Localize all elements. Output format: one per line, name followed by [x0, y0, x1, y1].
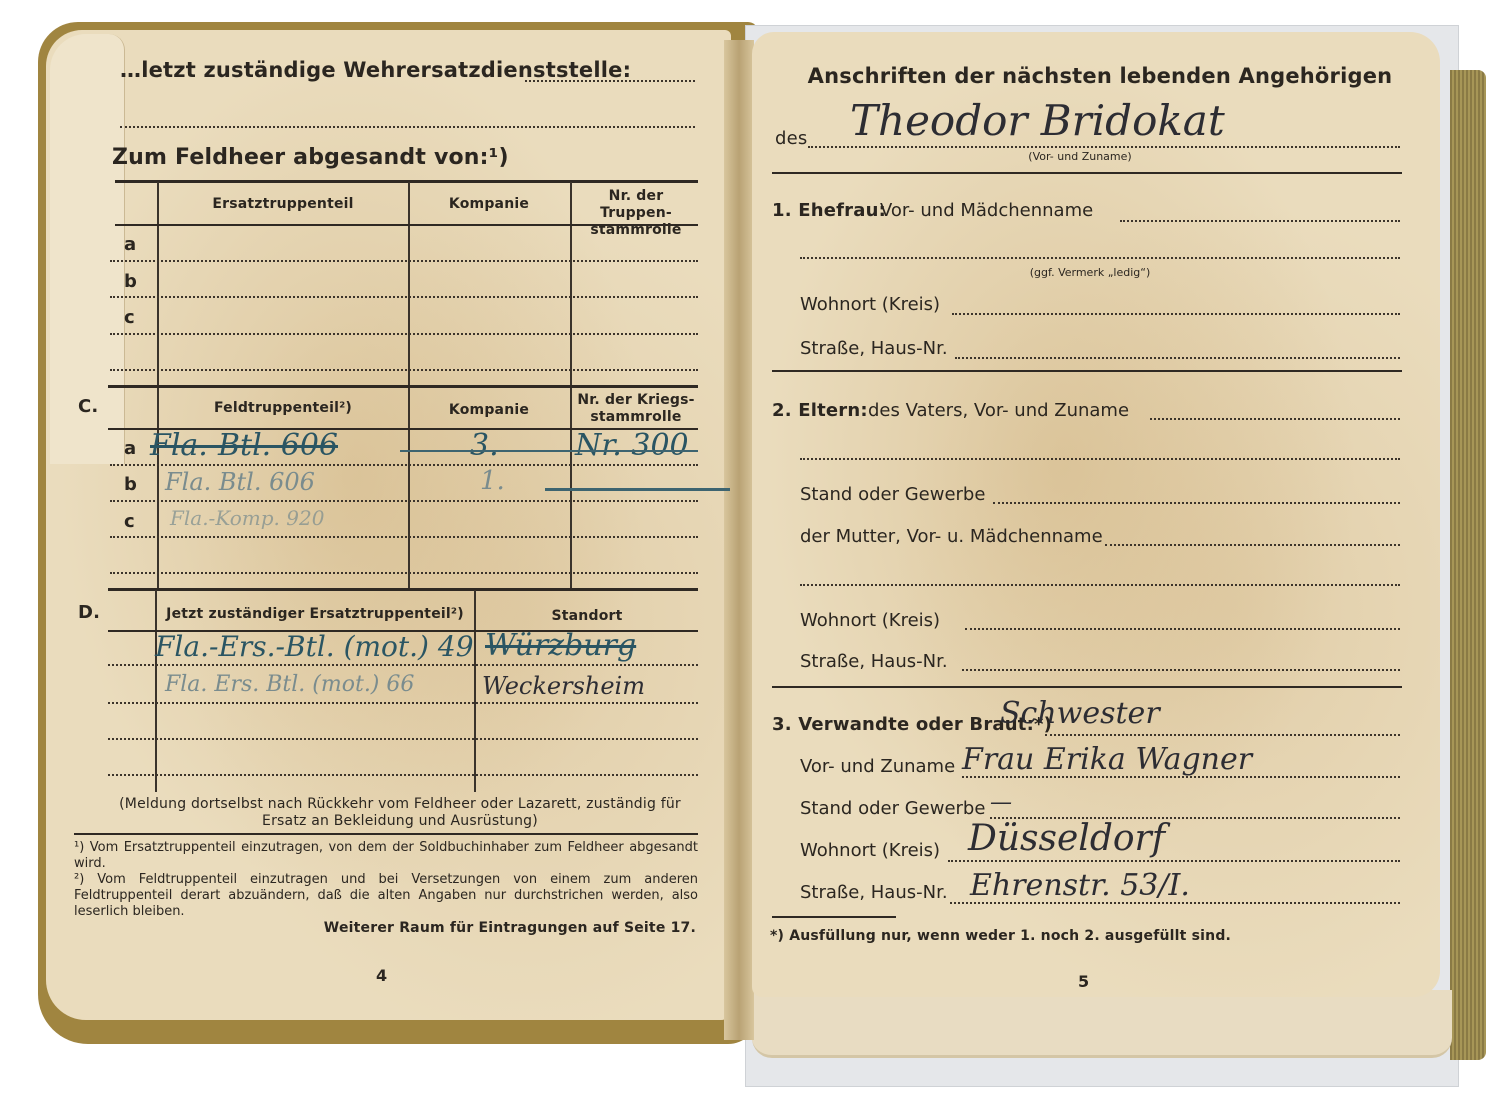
entry-c-a-stammrolle: Nr. 300	[575, 428, 689, 463]
entry-c-b-kompanie: 1.	[480, 466, 505, 496]
table-top-rule	[115, 180, 698, 183]
meldung-note: (Meldung dortselbst nach Rückkehr vom Fe…	[100, 796, 700, 830]
dotted-line	[120, 126, 695, 128]
row-line	[108, 774, 698, 776]
eltern-strasse-field[interactable]	[962, 669, 1400, 671]
verwandte-footnote: *) Ausfüllung nur, wenn weder 1. noch 2.…	[770, 928, 1231, 944]
eltern-strasse-label: Straße, Haus-Nr.	[800, 651, 948, 672]
mutter-label: der Mutter, Vor- u. Mädchenname	[800, 526, 1103, 547]
section-rule	[108, 588, 698, 591]
verwandte-name-field[interactable]	[962, 776, 1400, 778]
col-header-kriegsstammrolle: Nr. der Kriegs-stammrolle	[574, 392, 698, 426]
section-rule	[772, 686, 1402, 688]
ehefrau-wohnort-label: Wohnort (Kreis)	[800, 294, 940, 315]
row-label-c: c	[124, 511, 135, 532]
strikethrough-line	[400, 450, 698, 452]
verwandte-name-label: Vor- und Zuname	[800, 756, 955, 777]
row-line	[110, 369, 698, 371]
vater-stand-field[interactable]	[993, 502, 1400, 504]
section-b-title: Zum Feldheer abgesandt von:¹)	[112, 145, 509, 170]
row-label-a: a	[124, 438, 136, 459]
footnote-1: ¹) Vom Ersatztruppenteil einzutragen, vo…	[74, 840, 698, 872]
vater-label: des Vaters, Vor- und Zuname	[868, 400, 1129, 421]
entry-d-1-unit: Fla.-Ers.-Btl. (mot.) 49	[155, 630, 474, 663]
row-label-a: a	[124, 234, 136, 255]
eltern-wohnort-label: Wohnort (Kreis)	[800, 610, 940, 631]
verwandte-strasse-label: Straße, Haus-Nr.	[800, 882, 948, 903]
row-line	[108, 702, 698, 704]
dotted-line	[525, 80, 695, 82]
row-line	[110, 296, 698, 298]
ehefrau-name-field-2[interactable]	[800, 257, 1400, 259]
verwandte-stand-label: Stand oder Gewerbe	[800, 798, 985, 819]
verwandte-strasse-field[interactable]	[950, 902, 1400, 904]
row-line	[110, 464, 698, 466]
soldier-name: Theodor Bridokat	[850, 96, 1225, 145]
header-rule	[115, 224, 698, 226]
row-line	[110, 260, 698, 262]
col-header-kompanie: Kompanie	[410, 196, 568, 212]
page-title: Anschriften der nächsten lebenden Angehö…	[770, 64, 1430, 88]
eltern-wohnort-field[interactable]	[965, 628, 1400, 630]
page-number-4: 4	[376, 966, 387, 985]
section-rule	[772, 172, 1402, 174]
verwandte-wohnort-label: Wohnort (Kreis)	[800, 840, 940, 861]
row-label-b: b	[124, 271, 137, 292]
row-line	[108, 738, 698, 740]
strikethrough-line	[545, 488, 730, 491]
ehefrau-name-field[interactable]	[1120, 220, 1400, 222]
eltern-heading: 2. Eltern:	[772, 400, 868, 421]
row-line	[110, 500, 698, 502]
verwandte-relation-field[interactable]	[1045, 734, 1400, 736]
wehrersatz-label: …letzt zuständige Wehrersatzdienststelle…	[120, 58, 631, 82]
entry-c-a-kompanie: 3.	[470, 428, 499, 463]
mutter-field-2[interactable]	[800, 584, 1400, 586]
row-line	[110, 536, 698, 538]
ehefrau-name-label: Vor- und Mädchenname	[880, 200, 1093, 221]
page-stack	[752, 990, 1452, 1058]
ehefrau-strasse-field[interactable]	[955, 357, 1400, 359]
col-header-stammrolle: Nr. der Truppen-stammrolle	[574, 188, 698, 239]
col-header-ersatztruppenteil: Ersatztruppenteil	[160, 196, 406, 212]
vater-field-2[interactable]	[800, 458, 1400, 460]
vater-stand-label: Stand oder Gewerbe	[800, 484, 985, 505]
section-c-letter: C.	[78, 396, 98, 417]
row-line	[108, 664, 698, 666]
ehefrau-strasse-label: Straße, Haus-Nr.	[800, 338, 948, 359]
book-cover-right-edge	[1450, 70, 1486, 1060]
table-col-divider	[155, 590, 157, 792]
row-label-c: c	[124, 307, 135, 328]
name-hint: (Vor- und Zuname)	[960, 150, 1200, 163]
col-header-kompanie-c: Kompanie	[410, 402, 568, 418]
verwandte-stand-value: —	[990, 790, 1012, 815]
col-header-standort: Standort	[476, 608, 698, 624]
row-line	[110, 333, 698, 335]
verwandte-wohnort-value: Düsseldorf	[968, 818, 1165, 859]
footnote-rule	[74, 833, 698, 835]
verwandte-strasse-value: Ehrenstr. 53/I.	[970, 868, 1190, 903]
ledig-hint: (ggf. Vermerk „ledig“)	[960, 266, 1220, 279]
entry-c-c-unit: Fla.-Komp. 920	[170, 506, 324, 530]
col-header-ersatztruppenteil-d: Jetzt zuständiger Ersatztruppenteil²)	[158, 606, 472, 622]
continuation-note: Weiterer Raum für Eintragungen auf Seite…	[300, 920, 696, 936]
verwandte-name-value: Frau Erika Wagner	[962, 742, 1252, 777]
mutter-field[interactable]	[1105, 544, 1400, 546]
page-number-5: 5	[1078, 972, 1089, 991]
book-spine	[724, 40, 754, 1040]
section-rule	[108, 385, 698, 388]
verwandte-wohnort-field[interactable]	[948, 860, 1400, 862]
section-rule	[772, 370, 1402, 372]
entry-c-a-unit: Fla.-Btl. 606	[150, 428, 338, 463]
footnote-rule	[772, 916, 896, 918]
entry-d-2-unit: Fla. Ers. Btl. (mot.) 66	[165, 672, 414, 697]
vater-field[interactable]	[1150, 418, 1400, 420]
ehefrau-wohnort-field[interactable]	[952, 313, 1400, 315]
verwandte-relation-value: Schwester	[1000, 696, 1160, 731]
footnote-2: ²) Vom Feldtruppenteil einzutragen und b…	[74, 872, 698, 920]
row-label-b: b	[124, 474, 137, 495]
ehefrau-heading: 1. Ehefrau:	[772, 200, 886, 221]
col-header-feldtruppenteil: Feldtruppenteil²)	[160, 400, 406, 416]
entry-c-b-unit: Fla. Btl. 606	[165, 468, 315, 496]
row-line	[110, 572, 698, 574]
entry-d-1-standort: Würzburg	[485, 628, 636, 663]
dotted-line	[808, 146, 1400, 148]
entry-d-2-standort: Weckersheim	[482, 672, 645, 700]
section-d-letter: D.	[78, 602, 100, 623]
des-label: des	[775, 128, 807, 149]
